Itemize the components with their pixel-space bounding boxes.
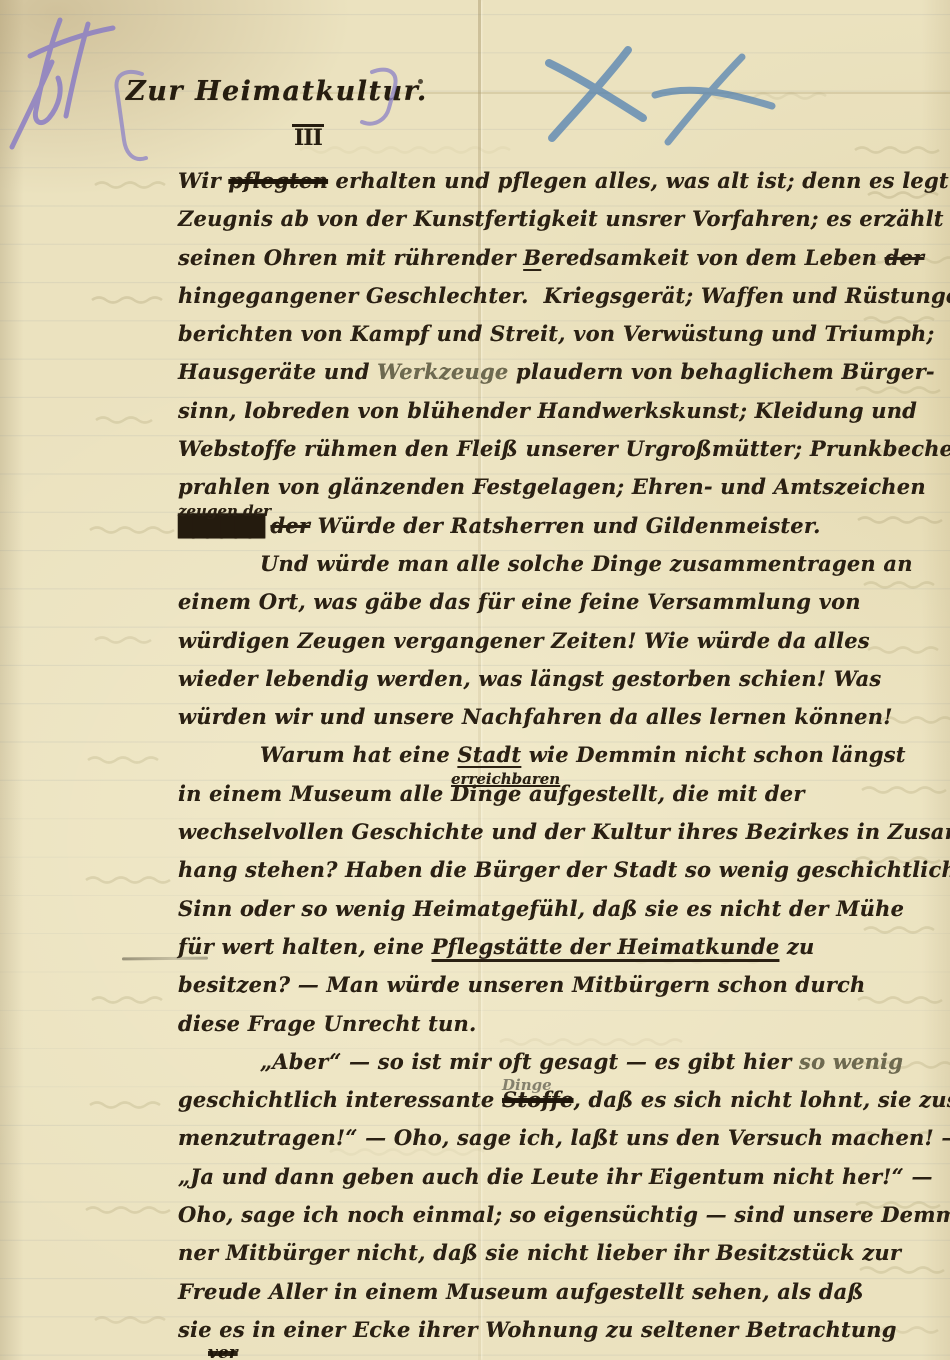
section-number: III xyxy=(292,124,324,149)
manuscript-line: Warum hat eine Stadt wie Demmin nicht sc… xyxy=(178,736,950,774)
bleedthrough-squiggle xyxy=(88,758,158,763)
manuscript-line: besitzen? — Man würde unseren Mitbürgern… xyxy=(178,966,950,1004)
manuscript-line: in einem Museum alle erreichbarenDinge a… xyxy=(178,775,950,813)
manuscript-text-segment: eredsamkeit von dem Leben xyxy=(541,245,884,270)
manuscript-line: Sinn oder so wenig Heimatgefühl, daß sie… xyxy=(178,890,950,928)
bleedthrough-squiggle xyxy=(95,1318,165,1323)
manuscript-text-segment: hang stehen? Haben die Bürger der Stadt … xyxy=(178,857,950,882)
manuscript-text-segment: wieder lebendig werden, was längst gesto… xyxy=(178,666,881,691)
bleedthrough-squiggle xyxy=(92,298,162,303)
manuscript-line: würden wir und unsere Nachfahren da alle… xyxy=(178,698,950,736)
manuscript-line: Webstoffe rühmen den Fleiß unserer Urgro… xyxy=(178,430,950,468)
manuscript-text-segment: würden wir und unsere Nachfahren da alle… xyxy=(178,704,893,729)
manuscript-line: diese Frage Unrecht tun. xyxy=(178,1005,950,1043)
manuscript-line: sie es in einer Ecke ihrer Wohnung zu se… xyxy=(178,1311,950,1349)
bleedthrough-squiggle xyxy=(96,418,152,423)
manuscript-text-segment: einem Ort, was gäbe das für eine feine V… xyxy=(178,589,861,614)
manuscript-text-segment: Dinge xyxy=(502,1066,552,1104)
manuscript-text-segment: B xyxy=(523,245,541,270)
manuscript-text-segment: der xyxy=(270,513,310,538)
manuscript-text-segment: Würde der Ratsherren und Gildenmeister. xyxy=(310,513,821,538)
manuscript-text-segment: erhalten und pflegen alles, was alt ist;… xyxy=(328,168,949,193)
manuscript-line: „Aber“ — so ist mir oft gesagt — es gibt… xyxy=(178,1043,950,1081)
manuscript-text-segment: erreichbaren xyxy=(451,760,560,798)
manuscript-text-segment: Oho, sage ich noch einmal; so eigensücht… xyxy=(178,1202,950,1227)
bleedthrough-squiggle xyxy=(855,148,939,153)
manuscript-line: ner Mitbürger nicht, daß sie nicht liebe… xyxy=(178,1234,950,1272)
manuscript-line: Zeugnis ab von der Kunstfertigkeit unsre… xyxy=(178,200,950,238)
manuscript-text-segment: hingegangener Geschlechter. Kriegsgerät;… xyxy=(178,283,950,308)
manuscript-text-segment: Werkzeuge xyxy=(377,359,508,384)
manuscript-text-segment: Warum hat eine xyxy=(260,742,457,767)
manuscript-line: „Ja und dann geben auch die Leute ihr Ei… xyxy=(178,1158,950,1196)
bleedthrough-squiggle xyxy=(95,638,151,643)
manuscript-text-segment: seinen Ohren mit rührender xyxy=(178,245,523,270)
manuscript-text-segment: berichten von Kampf und Streit, von Verw… xyxy=(178,321,934,346)
manuscript-text-segment: plaudern von behaglichem Bürger- xyxy=(508,359,934,384)
bleedthrough-squiggle xyxy=(90,528,174,533)
bleedthrough-squiggle xyxy=(700,94,826,99)
page-title: Zur Heimatkultur. xyxy=(126,76,428,107)
manuscript-text-segment: für wert halten, eine xyxy=(178,934,432,959)
blue-cross-mark-1-icon xyxy=(549,50,643,138)
bleedthrough-squiggle xyxy=(95,183,165,188)
manuscript-line: Hausgeräte und Werkzeuge plaudern von be… xyxy=(178,353,950,391)
manuscript-line: Wir pflegten erhalten und pflegen alles,… xyxy=(178,162,950,200)
manuscript-text-segment: Pflegstätte der Heimatkunde xyxy=(432,934,780,959)
manuscript-text-segment: Hausgeräte und xyxy=(178,359,377,384)
manuscript-text-segment: zu xyxy=(779,934,814,959)
purple-margin-mark-icon xyxy=(12,20,113,147)
manuscript-line: für wert halten, eine Pflegstätte der He… xyxy=(178,928,950,966)
manuscript-text-segment: sinn, lobreden von blühender Handwerksku… xyxy=(178,398,917,423)
manuscript-text-segment: besitzen? — Man würde unseren Mitbürgern… xyxy=(178,972,866,997)
manuscript-text-segment: so wenig xyxy=(799,1049,903,1074)
manuscript-text-segment: prahlen von glänzenden Festgelagen; Ehre… xyxy=(178,474,926,499)
manuscript-line: wechselvollen Geschichte und der Kultur … xyxy=(178,813,950,851)
bleedthrough-squiggle xyxy=(86,1208,170,1213)
manuscript-text-segment: wie Demmin nicht schon längst xyxy=(521,742,905,767)
manuscript-text-segment: würdigen Zeugen vergangener Zeiten! Wie … xyxy=(178,628,870,653)
manuscript-text-segment: menzutragen!“ — Oho, sage ich, laßt uns … xyxy=(178,1125,950,1150)
manuscript-text-segment: wechselvollen Geschichte und der Kultur … xyxy=(178,819,950,844)
manuscript-line: menzutragen!“ — Oho, sage ich, laßt uns … xyxy=(178,1119,950,1157)
manuscript-line: hingegangener Geschlechter. Kriegsgerät;… xyxy=(178,277,950,315)
manuscript-text-segment: Und würde man alle solche Dinge zusammen… xyxy=(260,551,913,576)
manuscript-page: Zur Heimatkultur. III Wir pflegten erhal… xyxy=(0,0,950,1360)
manuscript-text-segment: sie es in einer Ecke ihrer Wohnung zu se… xyxy=(178,1317,897,1342)
manuscript-line: würdigen Zeugen vergangener Zeiten! Wie … xyxy=(178,622,950,660)
manuscript-text-segment: Sinn oder so wenig Heimatgefühl, daß sie… xyxy=(178,896,904,921)
bleedthrough-squiggle xyxy=(86,878,170,883)
manuscript-text-segment: , daß es sich nicht lohnt, sie zusam- xyxy=(574,1087,950,1112)
manuscript-body: Wir pflegten erhalten und pflegen alles,… xyxy=(178,162,950,1349)
bleedthrough-squiggle xyxy=(90,1103,160,1108)
blue-cross-mark-2-icon xyxy=(655,57,772,142)
manuscript-line: Und würde man alle solche Dinge zusammen… xyxy=(178,545,950,583)
manuscript-text-segment: Webstoffe rühmen den Fleiß unserer Urgro… xyxy=(178,436,950,461)
manuscript-text-segment: ner Mitbürger nicht, daß sie nicht liebe… xyxy=(178,1240,901,1265)
manuscript-line: sinn, lobreden von blühender Handwerksku… xyxy=(178,392,950,430)
manuscript-line: zeugen der██████ der Würde der Ratsherre… xyxy=(178,507,950,545)
manuscript-text-segment: Freude Aller in einem Museum aufgestellt… xyxy=(178,1279,864,1304)
manuscript-text-segment: „Ja und dann geben auch die Leute ihr Ei… xyxy=(178,1164,933,1189)
manuscript-text-segment: der xyxy=(885,245,925,270)
manuscript-text-segment: pflegten xyxy=(228,168,328,193)
manuscript-line: einem Ort, was gäbe das für eine feine V… xyxy=(178,583,950,621)
manuscript-text-segment: geschichtlich interessante xyxy=(178,1087,502,1112)
manuscript-text-segment: diese Frage Unrecht tun. xyxy=(178,1011,477,1036)
manuscript-line: wieder lebendig werden, was längst gesto… xyxy=(178,660,950,698)
manuscript-line: Oho, sage ich noch einmal; so eigensücht… xyxy=(178,1196,950,1234)
manuscript-line: hang stehen? Haben die Bürger der Stadt … xyxy=(178,851,950,889)
ink-dot xyxy=(418,79,423,84)
manuscript-text-segment: zeugen der xyxy=(178,492,271,530)
manuscript-text-segment: Zeugnis ab von der Kunstfertigkeit unsre… xyxy=(178,206,944,231)
bleedthrough-squiggle xyxy=(92,998,162,1003)
cutoff-fragment: ver xyxy=(208,1343,238,1360)
manuscript-line: berichten von Kampf und Streit, von Verw… xyxy=(178,315,950,353)
manuscript-text-segment: in einem Museum alle xyxy=(178,781,451,806)
manuscript-line: prahlen von glänzenden Festgelagen; Ehre… xyxy=(178,468,950,506)
manuscript-line: Freude Aller in einem Museum aufgestellt… xyxy=(178,1273,950,1311)
manuscript-text-segment: Wir xyxy=(178,168,228,193)
manuscript-line: geschichtlich interessante DingeStoffe, … xyxy=(178,1081,950,1119)
manuscript-line: seinen Ohren mit rührender Beredsamkeit … xyxy=(178,239,950,277)
